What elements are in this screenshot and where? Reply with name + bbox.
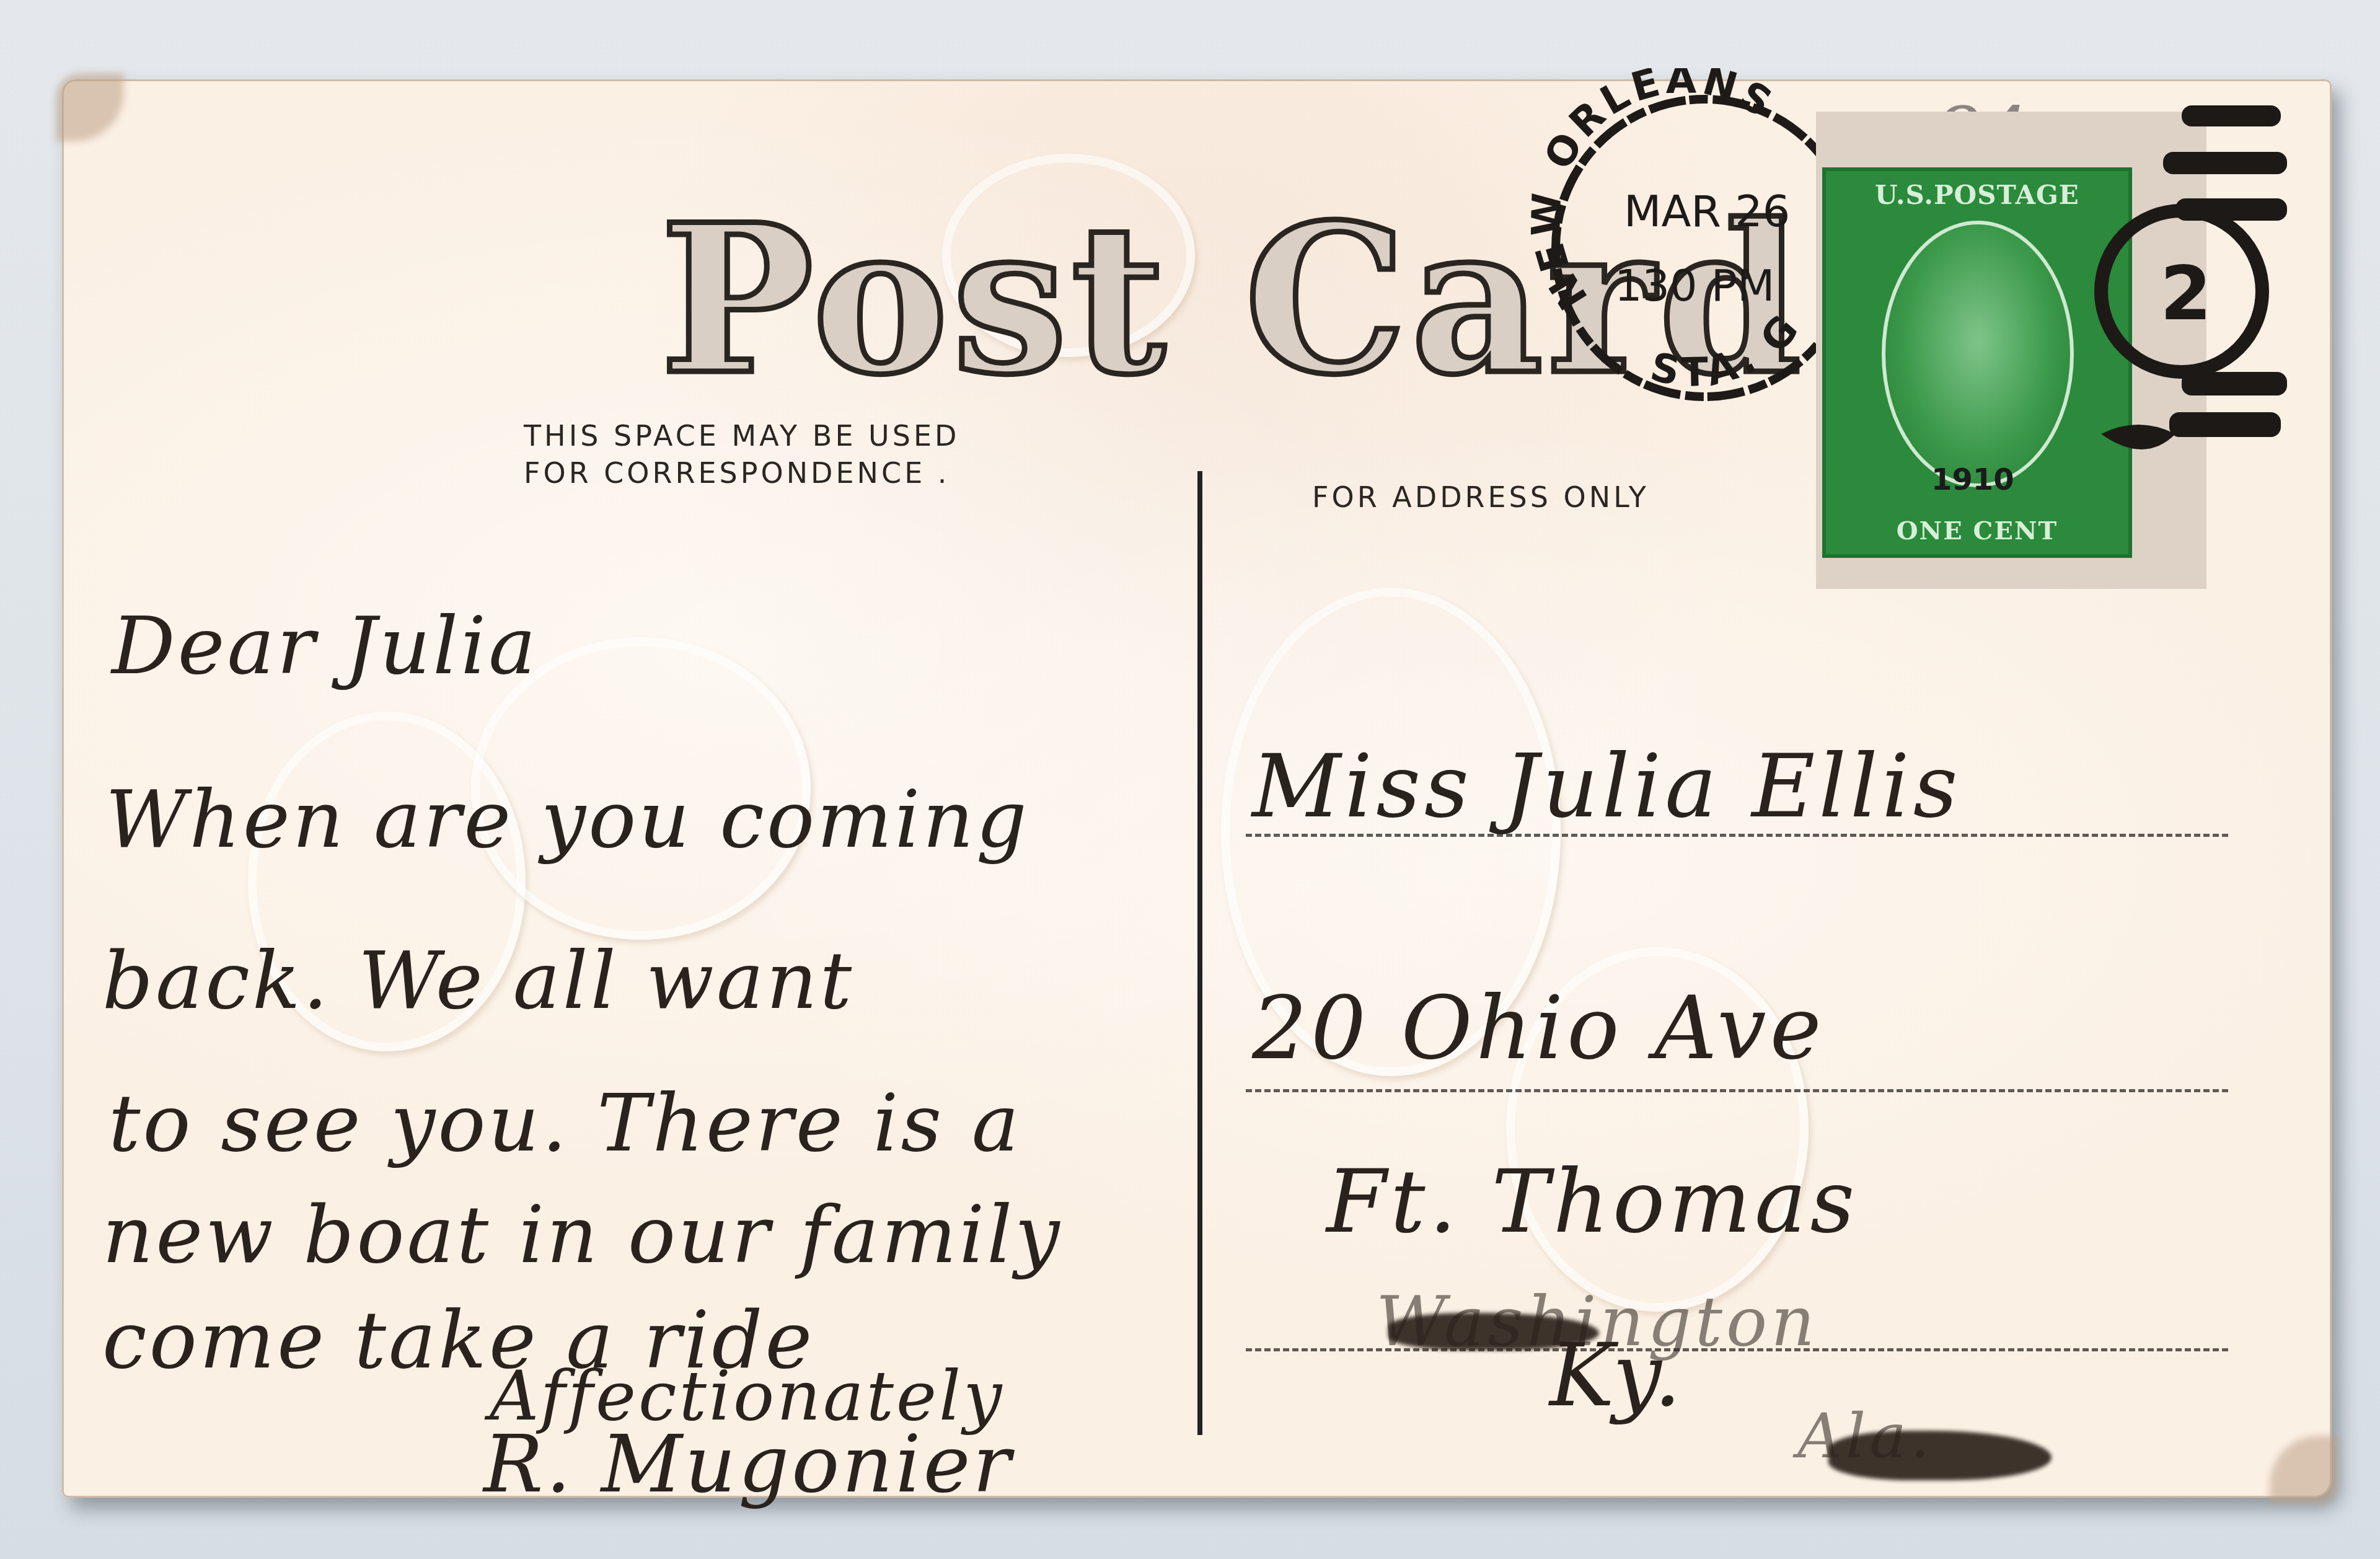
address-line: Miss Julia Ellis bbox=[1252, 736, 1962, 837]
address-line: Ft. Thomas bbox=[1326, 1152, 1858, 1253]
address-line: 20 Ohio Ave bbox=[1252, 978, 1825, 1079]
postmark-time: 130 PM bbox=[1615, 260, 1774, 311]
center-divider bbox=[1197, 471, 1202, 1435]
killer-number: 2 bbox=[2160, 251, 2212, 337]
message-line: back. We all want bbox=[102, 935, 854, 1027]
message-line: Dear Julia bbox=[112, 600, 539, 692]
message-line: When are you coming bbox=[105, 774, 1029, 866]
svg-text:STA. G: STA. G bbox=[1646, 303, 1811, 396]
corner-wear bbox=[2270, 1436, 2338, 1504]
stamp-denomination: ONE CENT bbox=[1826, 516, 2128, 545]
cancel-year: 1910 bbox=[1931, 462, 2014, 497]
killer-cancel: 2 bbox=[2039, 87, 2293, 459]
postmark-station: STA. G bbox=[1646, 303, 1811, 396]
correspondence-label: THIS SPACE MAY BE USED FOR CORRESPONDENC… bbox=[524, 417, 959, 492]
message-signature: R. Mugonier bbox=[483, 1418, 1013, 1511]
address-label: FOR ADDRESS ONLY bbox=[1312, 480, 1649, 514]
postmark-date: MAR 26 bbox=[1624, 186, 1790, 237]
corner-wear bbox=[56, 73, 124, 141]
message-line: new boat in our family bbox=[102, 1189, 1062, 1281]
ink-scribble bbox=[1828, 1431, 2052, 1480]
address-rule bbox=[1246, 1089, 2228, 1092]
message-line: to see you. There is a bbox=[108, 1077, 1021, 1170]
